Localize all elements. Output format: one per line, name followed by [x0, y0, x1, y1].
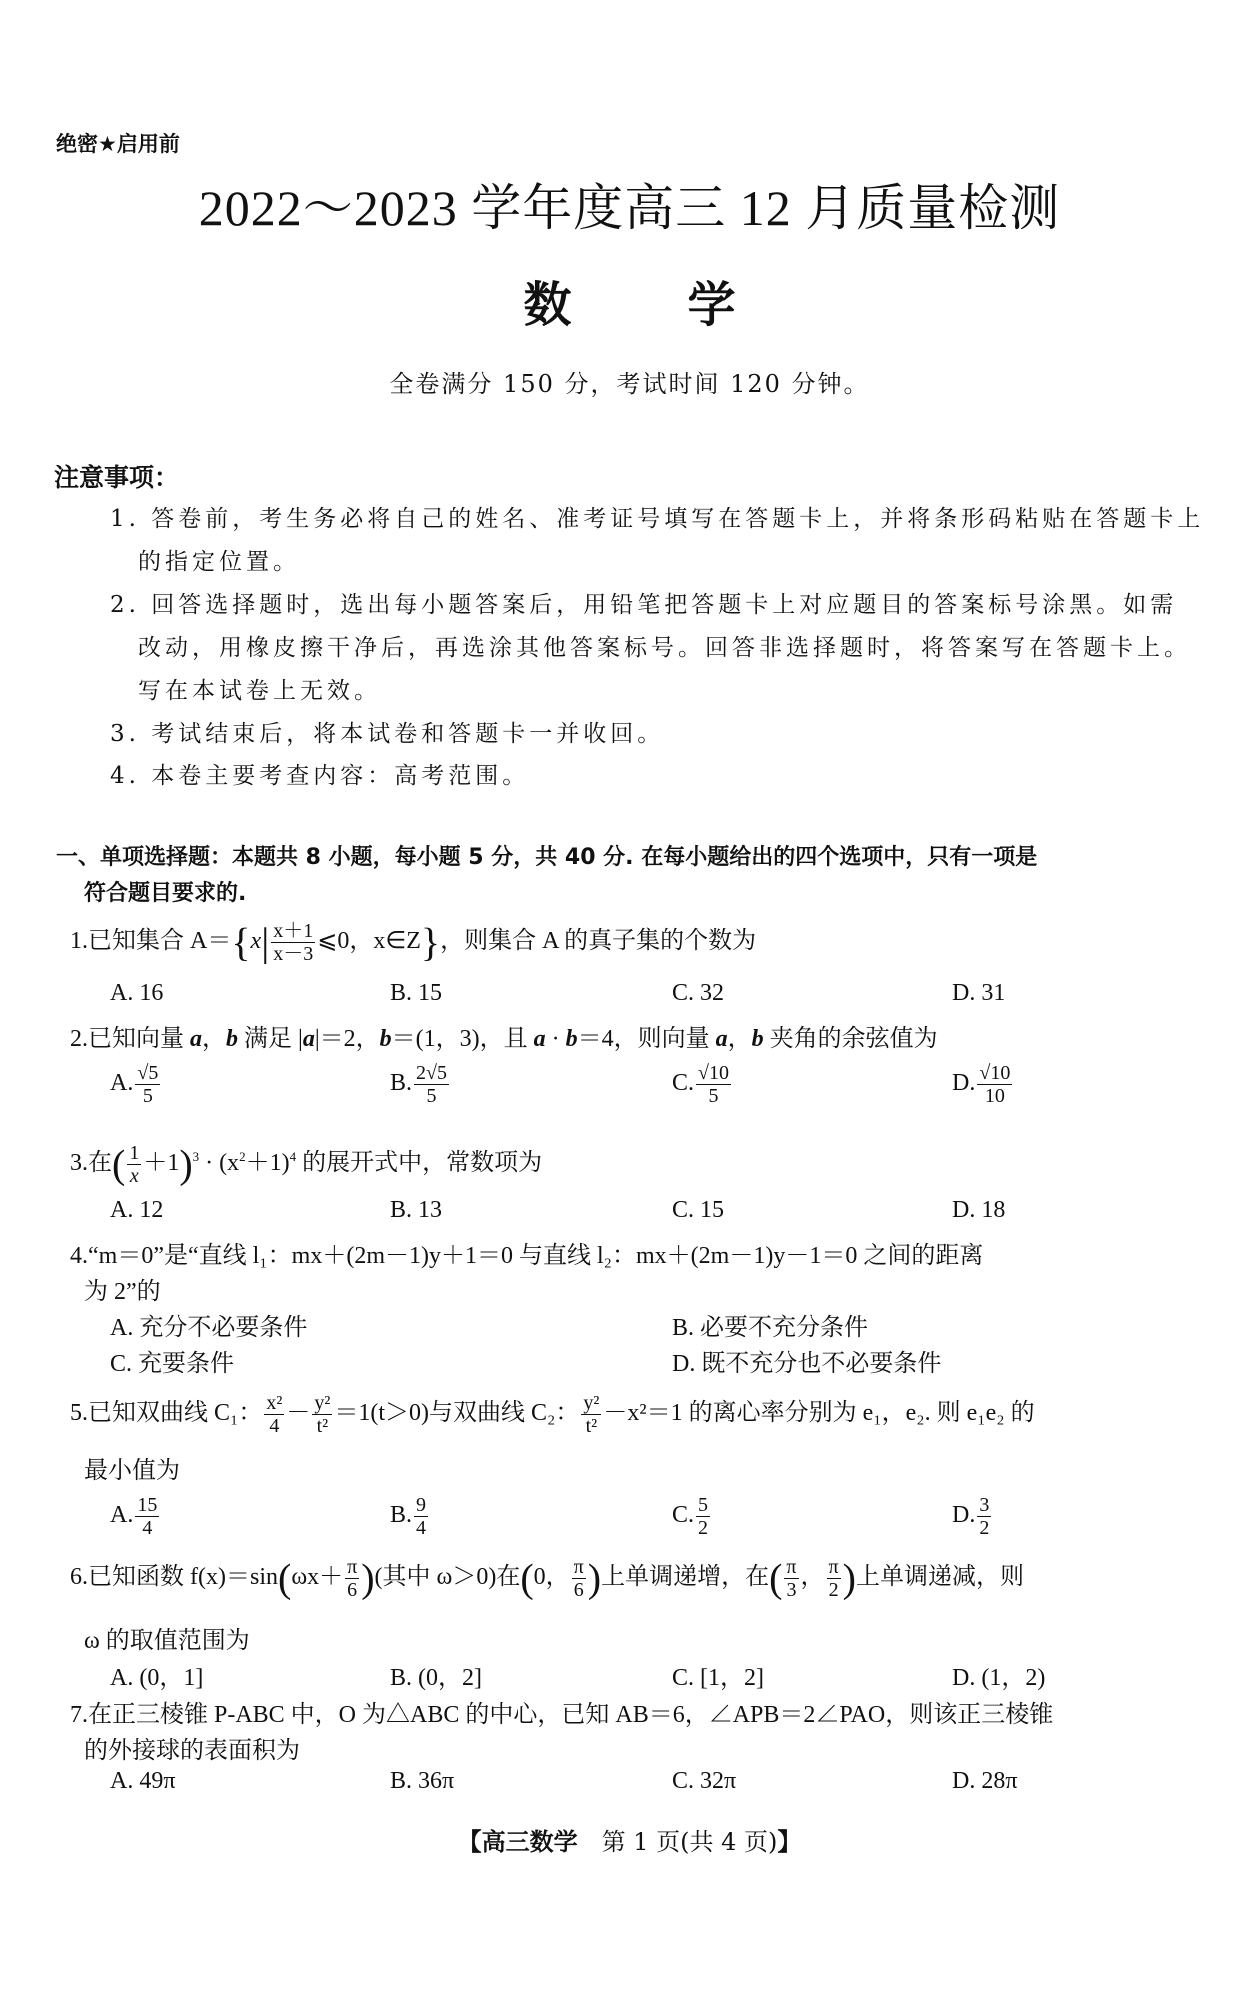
notice-item-4: 4. 本卷主要考查内容：高考范围。 — [110, 757, 529, 790]
q2-text: 已知向量 — [88, 1026, 190, 1052]
q2-text: ， — [728, 1026, 752, 1052]
q2-text: 满足 | — [238, 1026, 303, 1052]
question-4-stem-line-2: 为 2”的 — [84, 1271, 161, 1306]
question-number: 3. — [70, 1150, 88, 1176]
brace-open: { — [231, 920, 250, 965]
q6-fraction-2: π6 — [572, 1556, 586, 1601]
q5-text: － — [286, 1400, 310, 1426]
q2-option-d: D.√1010 — [952, 1062, 1014, 1107]
q6-text: (其中 ω＞0)在 — [375, 1564, 521, 1590]
q3-text: 的展开式中，常数项为 — [296, 1150, 542, 1176]
q6-text: ωx＋ — [291, 1564, 343, 1590]
paren-close: ) — [361, 1556, 374, 1601]
question-3-stem: 3.在(1x＋1)3 · (x2＋1)4 的展开式中，常数项为 — [70, 1142, 542, 1187]
vector-b: b — [380, 1026, 392, 1052]
q1-set-cond: ⩽0，x∈Z — [317, 928, 421, 954]
question-7-stem-line-2: 的外接球的表面积为 — [84, 1730, 300, 1765]
q3-fraction: 1x — [127, 1142, 141, 1187]
q1-option-b: B. 15 — [390, 980, 442, 1007]
question-6-stem-line-2: ω 的取值范围为 — [84, 1620, 250, 1655]
question-2-stem: 2.已知向量 a，b 满足 |a|＝2，b＝(1，3)，且 a · b＝4，则向… — [70, 1018, 938, 1053]
vector-a: a — [303, 1026, 315, 1052]
q5-text: －x²＝1 的离心率分别为 e₁，e₂. 则 e₁e₂ 的 — [603, 1400, 1034, 1426]
q2-option-c: C.√105 — [672, 1062, 733, 1107]
q1-stem-post: ，则集合 A 的真子集的个数为 — [440, 928, 756, 954]
q3-text: · (x — [199, 1150, 239, 1176]
q3-text: ＋1) — [246, 1150, 290, 1176]
notice-item-1-line-1: 1. 答卷前，考生务必将自己的姓名、准考证号填写在答题卡上，并将条形码粘贴在答题… — [110, 500, 1204, 533]
subject-char-2: 学 — [688, 266, 736, 335]
subject-char-1: 数 — [523, 266, 571, 335]
section-header-line-2: 符合题目要求的. — [84, 876, 246, 907]
vector-a: a — [534, 1026, 546, 1052]
question-number: 5. — [70, 1400, 88, 1426]
q6-option-a: A. (0，1] — [110, 1657, 203, 1692]
q2-option-b: B.2√55 — [390, 1062, 451, 1107]
q5-fraction-1: x²4 — [264, 1392, 284, 1437]
footer-bracket-close: 】 — [777, 1828, 801, 1856]
q7-option-b: B. 36π — [390, 1768, 454, 1795]
q6-option-d: D. (1，2) — [952, 1657, 1045, 1692]
notice-item-1-line-2: 的指定位置。 — [138, 543, 300, 576]
question-number: 1. — [70, 928, 88, 954]
q3-option-c: C. 15 — [672, 1197, 724, 1224]
q2-text: 夹角的余弦值为 — [764, 1026, 938, 1052]
q4-option-d: D. 既不充分也不必要条件 — [672, 1343, 941, 1378]
vector-a: a — [190, 1026, 202, 1052]
q7-option-c: C. 32π — [672, 1768, 736, 1795]
paren-open: ( — [520, 1556, 533, 1601]
bar: | — [261, 920, 269, 965]
notice-title: 注意事项： — [54, 458, 179, 494]
vector-b: b — [752, 1026, 764, 1052]
q4-option-c: C. 充要条件 — [110, 1343, 234, 1378]
q3-text: ＋1 — [143, 1150, 179, 1176]
paren-close: ) — [179, 1142, 192, 1187]
q3-option-d: D. 18 — [952, 1197, 1005, 1224]
q6-fraction-3: π3 — [784, 1556, 798, 1601]
q6-option-c: C. [1，2] — [672, 1657, 764, 1692]
q1-fraction: x＋1x－3 — [271, 920, 315, 965]
q1-set-var: x — [251, 928, 262, 954]
q5-option-b: B.94 — [390, 1494, 430, 1539]
q1-option-a: A. 16 — [110, 980, 163, 1007]
exam-title: 2022～2023 学年度高三 12 月质量检测 — [0, 168, 1259, 240]
q1-option-c: C. 32 — [672, 980, 724, 1007]
notice-item-2-line-3: 写在本试卷上无效。 — [138, 672, 381, 705]
footer-subject: 高三数学 — [482, 1828, 578, 1856]
question-number: 4. — [70, 1243, 88, 1269]
q2-text: · — [546, 1026, 566, 1052]
q2-option-a: A.√55 — [110, 1062, 162, 1107]
footer-bracket-open: 【 — [458, 1828, 482, 1856]
question-1-stem: 1.已知集合 A＝{x|x＋1x－3⩽0，x∈Z}，则集合 A 的真子集的个数为 — [70, 920, 756, 965]
q6-text: 0， — [534, 1564, 570, 1590]
question-6-stem-line-1: 6.已知函数 f(x)＝sin(ωx＋π6)(其中 ω＞0)在(0，π6)上单调… — [70, 1556, 1024, 1601]
q2-text: |＝2， — [315, 1026, 380, 1052]
footer-page-number: 第 1 页(共 4 页) — [602, 1828, 778, 1856]
vector-b: b — [566, 1026, 578, 1052]
q5-text: ＝1(t＞0)与双曲线 C₂： — [334, 1400, 579, 1426]
q6-text: 上单调递减，则 — [856, 1564, 1024, 1590]
q5-option-c: C.52 — [672, 1494, 712, 1539]
q1-option-d: D. 31 — [952, 980, 1005, 1007]
q7-option-a: A. 49π — [110, 1768, 175, 1795]
exam-meta: 全卷满分 150 分，考试时间 120 分钟。 — [0, 364, 1259, 399]
q5-option-a: A.154 — [110, 1494, 161, 1539]
question-number: 2. — [70, 1026, 88, 1052]
confidential-label: 绝密★启用前 — [56, 128, 180, 158]
question-4-stem-line-1: 4.“m＝0”是“直线 l₁：mx＋(2m－1)y＋1＝0 与直线 l₂：mx＋… — [70, 1235, 983, 1270]
paren-close: ) — [588, 1556, 601, 1601]
q4-option-b: B. 必要不充分条件 — [672, 1307, 868, 1342]
question-number: 7. — [70, 1702, 88, 1728]
notice-item-2-line-2: 改动，用橡皮擦干净后，再选涂其他答案标号。回答非选择题时，将答案写在答题卡上。 — [138, 629, 1191, 662]
q7-text: 在正三棱锥 P-ABC 中，O 为△ABC 的中心，已知 AB＝6，∠APB＝2… — [88, 1702, 1053, 1728]
paren-open: ( — [769, 1556, 782, 1601]
vector-b: b — [226, 1026, 238, 1052]
question-5-stem-line-1: 5.已知双曲线 C₁：x²4－y²t²＝1(t＞0)与双曲线 C₂：y²t²－x… — [70, 1392, 1035, 1437]
question-5-stem-line-2: 最小值为 — [84, 1450, 180, 1485]
q5-fraction-2: y²t² — [312, 1392, 332, 1437]
q2-text: ， — [202, 1026, 226, 1052]
q3-text: 在 — [88, 1150, 112, 1176]
q6-fraction-1: π6 — [345, 1556, 359, 1601]
q4-text: “m＝0”是“直线 l₁：mx＋(2m－1)y＋1＝0 与直线 l₂：mx＋(2… — [88, 1243, 983, 1269]
paren-open: ( — [112, 1142, 125, 1187]
question-number: 6. — [70, 1564, 88, 1590]
q6-fraction-4: π2 — [827, 1556, 841, 1601]
page-footer: 【高三数学第 1 页(共 4 页)】 — [0, 1822, 1259, 1857]
q3-option-b: B. 13 — [390, 1197, 442, 1224]
q5-option-d: D.32 — [952, 1494, 993, 1539]
q7-option-d: D. 28π — [952, 1768, 1017, 1795]
q2-text: ＝4，则向量 — [578, 1026, 716, 1052]
q6-option-b: B. (0，2] — [390, 1657, 482, 1692]
q6-text: ， — [801, 1564, 825, 1590]
q5-text: 已知双曲线 C₁： — [88, 1400, 262, 1426]
q6-text: 上单调递增，在 — [601, 1564, 769, 1590]
q4-option-a: A. 充分不必要条件 — [110, 1307, 307, 1342]
vector-a: a — [716, 1026, 728, 1052]
section-header-line-1: 一、单项选择题：本题共 8 小题，每小题 5 分，共 40 分. 在每小题给出的… — [56, 840, 1037, 871]
subject-title: 数学 — [0, 266, 1259, 335]
paren-open: ( — [278, 1556, 291, 1601]
paren-close: ) — [843, 1556, 856, 1601]
question-7-stem-line-1: 7.在正三棱锥 P-ABC 中，O 为△ABC 的中心，已知 AB＝6，∠APB… — [70, 1694, 1053, 1729]
q6-text: 已知函数 f(x)＝sin — [88, 1564, 278, 1590]
notice-item-3: 3. 考试结束后，将本试卷和答题卡一并收回。 — [110, 715, 664, 748]
q3-option-a: A. 12 — [110, 1197, 163, 1224]
brace-close: } — [421, 920, 440, 965]
q1-stem-pre: 已知集合 A＝ — [88, 928, 231, 954]
q5-fraction-3: y²t² — [581, 1392, 601, 1437]
q2-text: ＝(1，3)，且 — [392, 1026, 534, 1052]
notice-item-2-line-1: 2. 回答选择题时，选出每小题答案后，用铅笔把答题卡上对应题目的答案标号涂黑。如… — [110, 586, 1177, 619]
